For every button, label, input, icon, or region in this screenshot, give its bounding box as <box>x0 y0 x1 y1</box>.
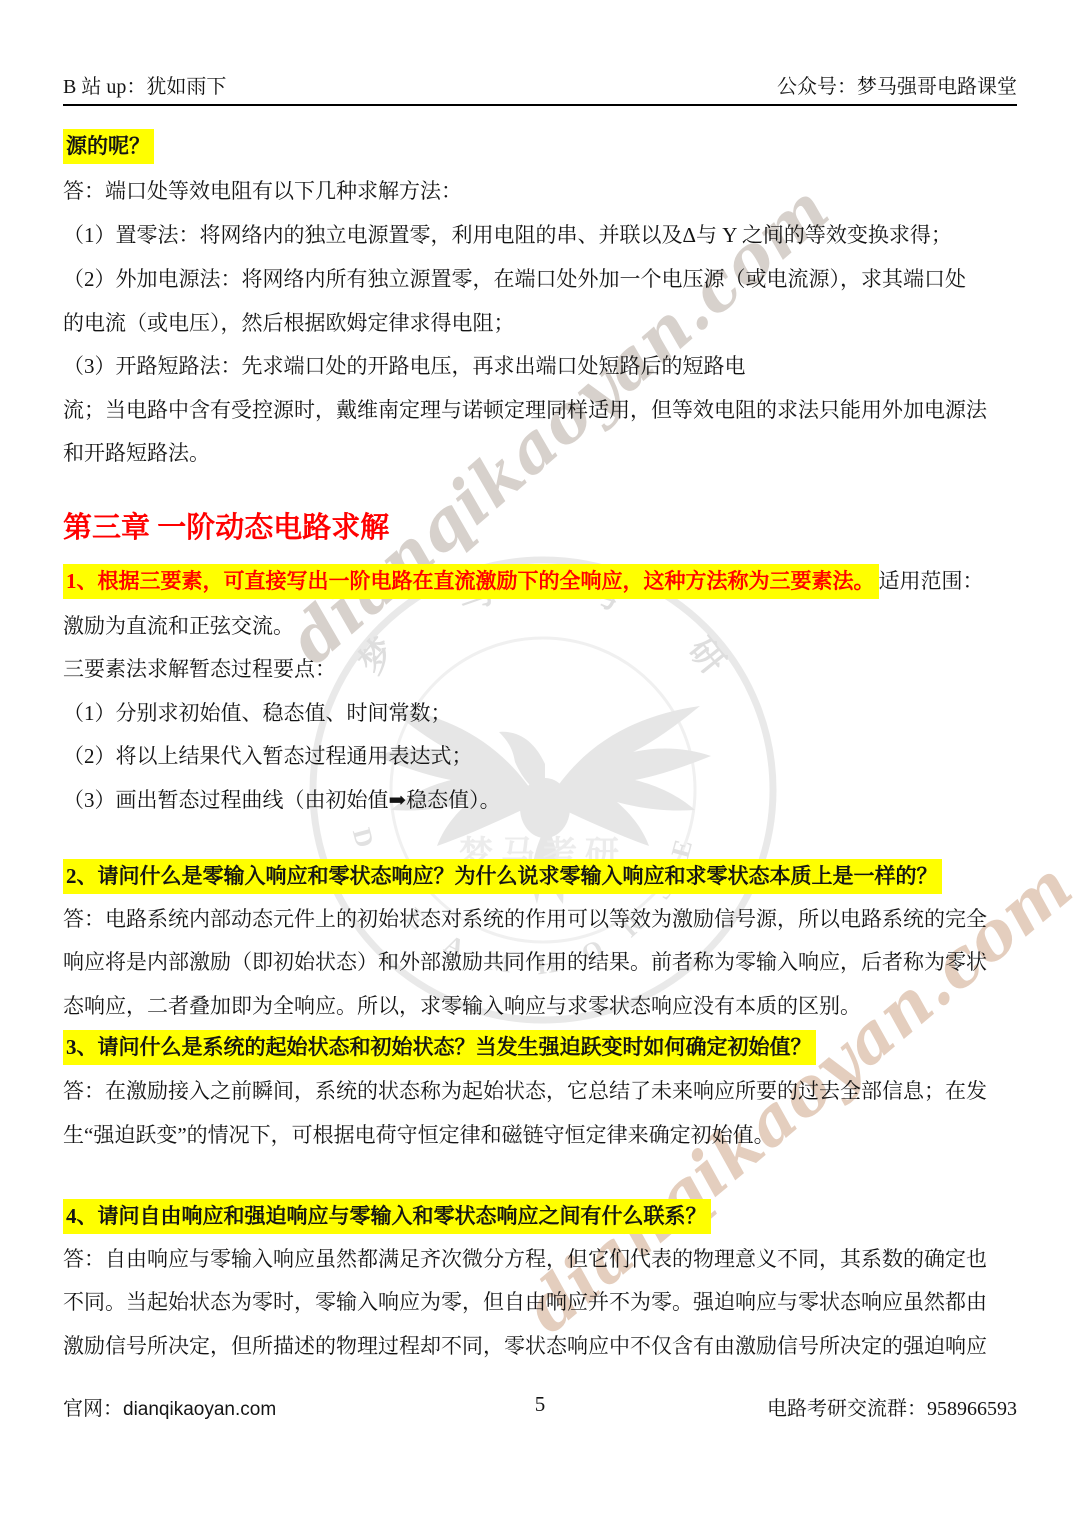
method-line: （3）开路短路法：先求端口处的开路电压，再求出端口处短路后的短路电 <box>63 353 1063 379</box>
answer-line: 答：在激励接入之前瞬间，系统的状态称为起始状态，它总结了未来响应所要的过去全部信… <box>63 1078 1063 1104</box>
document-page: dianqikaoyan.com dianqikaoyan.com 梦 马 考 … <box>0 0 1080 1527</box>
answer-line: 答：自由响应与零输入响应虽然都满足齐次微分方程，但它们代表的物理意义不同，其系数… <box>63 1246 1063 1272</box>
answer-line: 激励信号所决定，但所描述的物理过程却不同，零状态响应中不仅含有由激励信号所决定的… <box>63 1333 1063 1359</box>
question-4-highlight: 4、请问自由响应和强迫响应与零输入和零状态响应之间有什么联系？ <box>63 1199 711 1234</box>
page-content: 公众号：梦马强哥电路课堂 B 站 up：犹如雨下 源的呢？ 答：端口处等效电阻有… <box>0 0 1080 1527</box>
point-line: （3）画出暂态过程曲线（由初始值➡稳态值）。 <box>63 787 1063 813</box>
header-left-text: B 站 up：犹如雨下 <box>63 76 226 98</box>
answer-line: 答：电路系统内部动态元件上的初始状态对系统的作用可以等效为激励信号源，所以电路系… <box>63 906 1063 932</box>
question-1-scope-line: 激励为直流和正弦交流。 <box>63 613 1063 639</box>
method-line: （1）置零法：将网络内的独立电源置零，利用电阻的串、并联以及Δ与 Y 之间的等效… <box>63 222 1063 248</box>
carryover-question-highlight: 源的呢？ <box>63 129 154 164</box>
method-line: 的电流（或电压），然后根据欧姆定律求得电阻； <box>63 310 1063 336</box>
point-line: （1）分别求初始值、稳态值、时间常数； <box>63 700 1063 726</box>
question-1-highlight: 1、根据三要素，可直接写出一阶电路在直流激励下的全响应，这种方法称为三要素法。 <box>63 564 879 599</box>
question-1-tail: 适用范围： <box>879 569 984 593</box>
question-1-line: 1、根据三要素，可直接写出一阶电路在直流激励下的全响应，这种方法称为三要素法。适… <box>63 568 1063 594</box>
answer-intro-line: 答：端口处等效电阻有以下几种求解方法： <box>63 178 1063 204</box>
point-line: （2）将以上结果代入暂态过程通用表达式； <box>63 743 1063 769</box>
header-rule <box>63 104 1017 106</box>
question-2-line: 2、请问什么是零输入响应和零状态响应？为什么说求零输入响应和求零状态本质上是一样… <box>63 863 1063 889</box>
carryover-question-line: 源的呢？ <box>63 133 1063 159</box>
answer-line: 响应将是内部激励（即初始状态）和外部激励共同作用的结果。前者称为零输入响应，后者… <box>63 949 1063 975</box>
question-4-line: 4、请问自由响应和强迫响应与零输入和零状态响应之间有什么联系？ <box>63 1203 1063 1229</box>
question-3-highlight: 3、请问什么是系统的起始状态和初始状态？当发生强迫跃变时如何确定初始值？ <box>63 1030 816 1065</box>
page-footer: 5 电路考研交流群：958966593 官网：dianqikaoyan.com <box>63 1392 1017 1421</box>
method-line: 和开路短路法。 <box>63 440 1063 466</box>
chapter-title: 第三章 一阶动态电路求解 <box>63 505 389 546</box>
page-number: 5 <box>63 1392 1017 1417</box>
answer-line: 态响应，二者叠加即为全响应。所以，求零输入响应与求零状态响应没有本质的区别。 <box>63 993 1063 1019</box>
method-line: （2）外加电源法：将网络内所有独立源置零，在端口处外加一个电压源（或电流源），求… <box>63 266 1063 292</box>
answer-line: 生“强迫跃变”的情况下，可根据电荷守恒定律和磁链守恒定律来确定初始值。 <box>63 1122 1063 1148</box>
three-points-intro: 三要素法求解暂态过程要点： <box>63 656 1063 682</box>
question-2-highlight: 2、请问什么是零输入响应和零状态响应？为什么说求零输入响应和求零状态本质上是一样… <box>63 859 942 894</box>
answer-line: 不同。当起始状态为零时，零输入响应为零，但自由响应并不为零。强迫响应与零状态响应… <box>63 1289 1063 1315</box>
question-3-line: 3、请问什么是系统的起始状态和初始状态？当发生强迫跃变时如何确定初始值？ <box>63 1034 1063 1060</box>
method-line: 流；当电路中含有受控源时，戴维南定理与诺顿定理同样适用，但等效电阻的求法只能用外… <box>63 397 1063 423</box>
header-right-text: 公众号：梦马强哥电路课堂 <box>777 76 1017 98</box>
page-header: 公众号：梦马强哥电路课堂 B 站 up：犹如雨下 <box>63 76 1017 98</box>
